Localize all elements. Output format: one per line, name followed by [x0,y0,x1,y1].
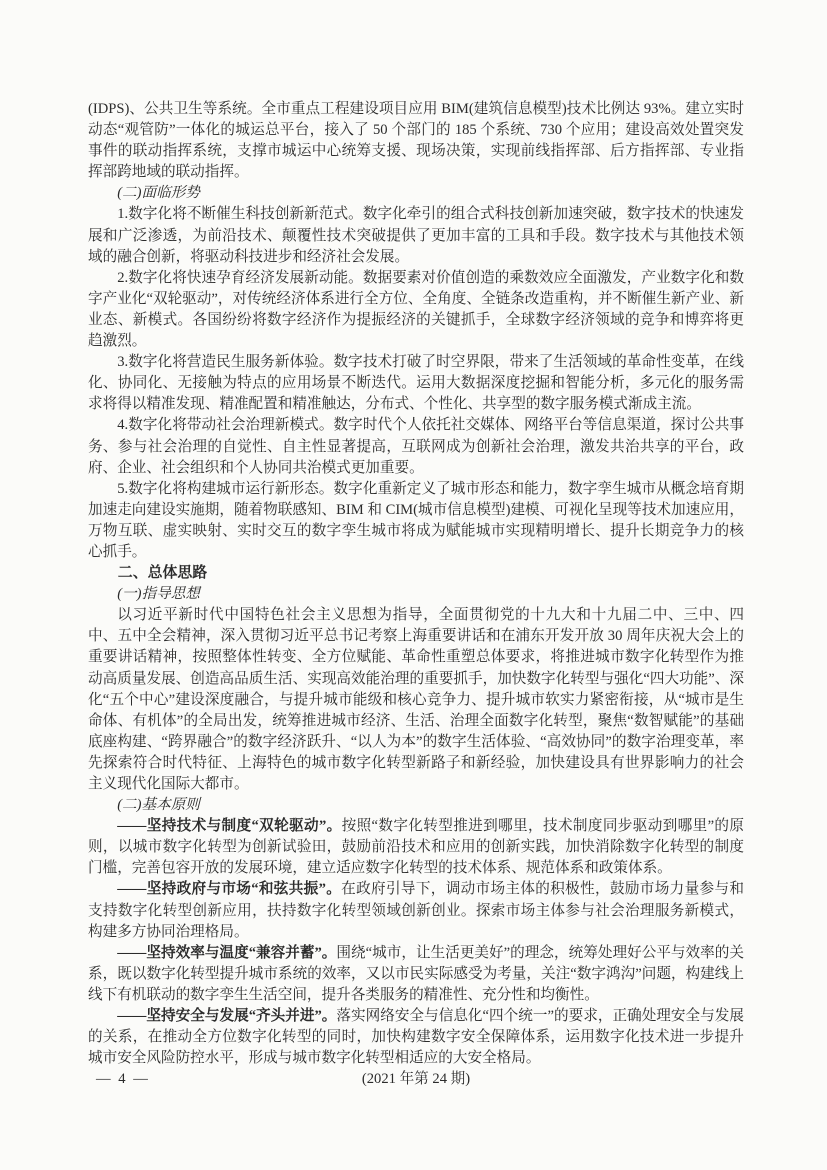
paragraph: (二)基本原则 [88,795,744,816]
paragraph-lead: ——坚持技术与制度“双轮驱动”。 [117,818,341,834]
paragraph-lead: ——坚持效率与温度“兼容并蓄”。 [117,945,336,961]
paragraph-text: 4.数字化将带动社会治理新模式。数字时代个人依托社交媒体、网络平台等信息渠道，探… [88,417,744,475]
issue-label: (2021 年第 24 期) [88,1069,744,1090]
paragraph: 以习近平新时代中国特色社会主义思想为指导，全面贯彻党的十九大和十九届二中、三中、… [88,605,744,795]
paragraph: ——坚持安全与发展“齐头并进”。落实网络安全与信息化“四个统一”的要求，正确处理… [88,1006,744,1069]
article-body: (IDPS)、公共卫生等系统。全市重点工程建设项目应用 BIM(建筑信息模型)技… [88,99,744,1069]
paragraph: ——坚持政府与市场“和弦共振”。在政府引导下，调动市场主体的积极性，鼓励市场力量… [88,879,744,942]
paragraph: (二)面临形势 [88,183,744,204]
paragraph-text: (一)指导思想 [117,586,200,602]
paragraph-text: 5.数字化将构建城市运行新形态。数字化重新定义了城市形态和能力，数字孪生城市从概… [88,481,744,560]
paragraph: 4.数字化将带动社会治理新模式。数字时代个人依托社交媒体、网络平台等信息渠道，探… [88,415,744,478]
paragraph: (IDPS)、公共卫生等系统。全市重点工程建设项目应用 BIM(建筑信息模型)技… [88,99,744,183]
page-footer: — 4 — (2021 年第 24 期) [88,1069,744,1091]
paragraph-text: 1.数字化将不断催生科技创新新范式。数字化牵引的组合式科技创新加速突破，数字技术… [88,206,744,264]
paragraph: 2.数字化将快速孕育经济发展新动能。数据要素对价值创造的乘数效应全面激发，产业数… [88,268,744,352]
paragraph-text: 3.数字化将营造民生服务新体验。数字技术打破了时空界限，带来了生活领域的革命性变… [88,354,744,412]
paragraph-text: (IDPS)、公共卫生等系统。全市重点工程建设项目应用 BIM(建筑信息模型)技… [88,101,744,180]
paragraph-text: 二、总体思路 [118,565,207,581]
paragraph: (一)指导思想 [88,584,744,605]
paragraph: 5.数字化将构建城市运行新形态。数字化重新定义了城市形态和能力，数字孪生城市从概… [88,479,744,563]
paragraph-text: 2.数字化将快速孕育经济发展新动能。数据要素对价值创造的乘数效应全面激发，产业数… [88,270,744,349]
paragraph-lead: ——坚持安全与发展“齐头并进”。 [117,1008,336,1024]
paragraph: 1.数字化将不断催生科技创新新范式。数字化牵引的组合式科技创新加速突破，数字技术… [88,204,744,267]
page-number: — 4 — [96,1069,150,1090]
paragraph-text: 以习近平新时代中国特色社会主义思想为指导，全面贯彻党的十九大和十九届二中、三中、… [88,607,744,792]
paragraph-lead: ——坚持政府与市场“和弦共振”。 [117,881,341,897]
paragraph-text: (二)面临形势 [117,185,200,201]
paragraph: 3.数字化将营造民生服务新体验。数字技术打破了时空界限，带来了生活领域的革命性变… [88,352,744,415]
paragraph-text: (二)基本原则 [117,797,200,813]
paragraph: 二、总体思路 [88,563,744,584]
paragraph: ——坚持技术与制度“双轮驱动”。按照“数字化转型推进到哪里，技术制度同步驱动到哪… [88,816,744,879]
document-page: (IDPS)、公共卫生等系统。全市重点工程建设项目应用 BIM(建筑信息模型)技… [0,0,827,1170]
paragraph: ——坚持效率与温度“兼容并蓄”。围绕“城市，让生活更美好”的理念，统筹处理好公平… [88,943,744,1006]
